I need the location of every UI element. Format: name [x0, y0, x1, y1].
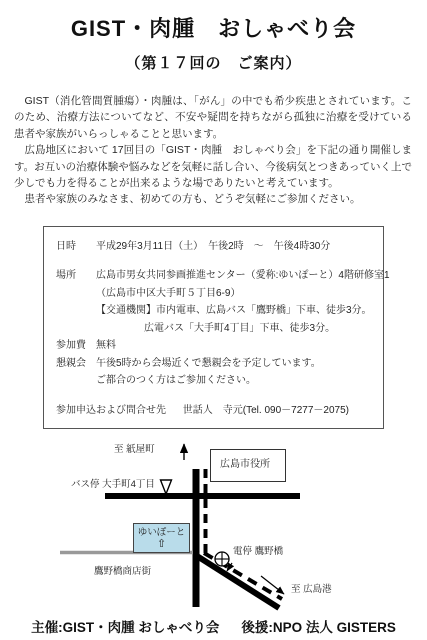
info-label-place: 場所: [56, 267, 96, 337]
place-access-2: 広電バス「大手町4丁目」下車、徒歩3分。: [96, 320, 390, 338]
intro-paragraph-3: 患者や家族のみなさま、初めての方も、どうぞ気軽にご参加ください。: [14, 191, 412, 207]
bus-stop-icon: [161, 480, 172, 494]
info-label-social: 懇親会: [56, 355, 96, 390]
supporter-label: 後援:NPO 法人 GISTERS: [241, 620, 396, 635]
map-label-shopping-street: 鷹野橋商店街: [94, 563, 151, 577]
social-line-1: 午後5時から会場近くで懇親会を予定しています。: [96, 355, 375, 373]
place-name: 広島市男女共同参画推進センター（愛称:ゆいぽーと）4階研修室1: [96, 267, 390, 285]
map-label-to-port: 至 広島港: [291, 581, 332, 595]
road-diagonal: [197, 556, 279, 608]
city-hall-box: 広島市役所: [210, 449, 286, 482]
organizer-label: 主催:GIST・肉腫 おしゃべり会: [31, 620, 219, 635]
info-row-fee: 参加費 無料: [56, 337, 375, 355]
tram-stop-icon: [215, 552, 229, 566]
info-row-place: 場所 広島市男女共同参画推進センター（愛称:ゆいぽーと）4階研修室1 （広島市中…: [56, 267, 375, 337]
contact-line: 参加申込および問合せ先 世話人 寺元(Tel. 090－7277－2075): [56, 402, 375, 420]
info-row-datetime: 日時 平成29年3月11日（土） 午後2時 ～ 午後4時30分: [56, 238, 375, 256]
map-label-tram-stop: 電停 鷹野橋: [233, 543, 283, 557]
venue-entrance-arrow-icon: ⇧: [134, 539, 189, 550]
intro-text: GIST（消化管間質腫瘍）・肉腫は、「がん」の中でも希少疾患とされています。この…: [14, 93, 412, 208]
social-line-2: ご都合のつく方はご参加ください。: [96, 372, 375, 390]
event-info-box: 日時 平成29年3月11日（土） 午後2時 ～ 午後4時30分 場所 広島市男女…: [43, 226, 384, 430]
footer: 主催:GIST・肉腫 おしゃべり会後援:NPO 法人 GISTERS: [0, 616, 427, 636]
map-label-bus-stop: バス停 大手町4丁目: [71, 476, 155, 490]
fee-value: 無料: [96, 337, 375, 355]
place-address: （広島市中区大手町５丁目6-9）: [96, 285, 390, 303]
header: GIST・肉腫 おしゃべり会 （第１７回の ご案内）: [0, 0, 427, 73]
port-direction-arrow-icon: [261, 576, 284, 594]
tram-stop-pointer-icon: [227, 563, 232, 571]
flyer-page: GIST・肉腫 おしゃべり会 （第１７回の ご案内） GIST（消化管間質腫瘍）…: [0, 0, 427, 640]
page-subtitle: （第１７回の ご案内）: [0, 52, 427, 73]
city-hall-label: 広島市役所: [220, 459, 270, 470]
place-access-1: 【交通機関】市内電車、広島バス「鷹野橋」下車、徒歩3分。: [96, 302, 390, 320]
contact-phone: 世話人 寺元(Tel. 090－7277－2075): [183, 405, 349, 416]
map-label-to-kamiyacho: 至 紙屋町: [114, 441, 155, 455]
contact-label: 参加申込および問合せ先: [56, 405, 166, 416]
venue-box: ゆいぽーと ⇧: [133, 523, 190, 553]
intro-paragraph-2: 広島地区において 17回目の「GIST・肉腫 おしゃべり会」を下記の通り開催しま…: [14, 142, 412, 191]
page-title: GIST・肉腫 おしゃべり会: [0, 12, 427, 43]
access-map: 至 紙屋町 広島市役所 バス停 大手町4丁目 ゆいぽーと ⇧ 鷹野橋商店街 電停…: [0, 432, 427, 612]
info-label-datetime: 日時: [56, 238, 96, 256]
datetime-value: 平成29年3月11日（土） 午後2時 ～ 午後4時30分: [96, 238, 375, 256]
info-label-fee: 参加費: [56, 337, 96, 355]
intro-paragraph-1: GIST（消化管間質腫瘍）・肉腫は、「がん」の中でも希少疾患とされています。この…: [14, 93, 412, 142]
info-row-social: 懇親会 午後5時から会場近くで懇親会を予定しています。 ご都合のつく方はご参加く…: [56, 355, 375, 390]
